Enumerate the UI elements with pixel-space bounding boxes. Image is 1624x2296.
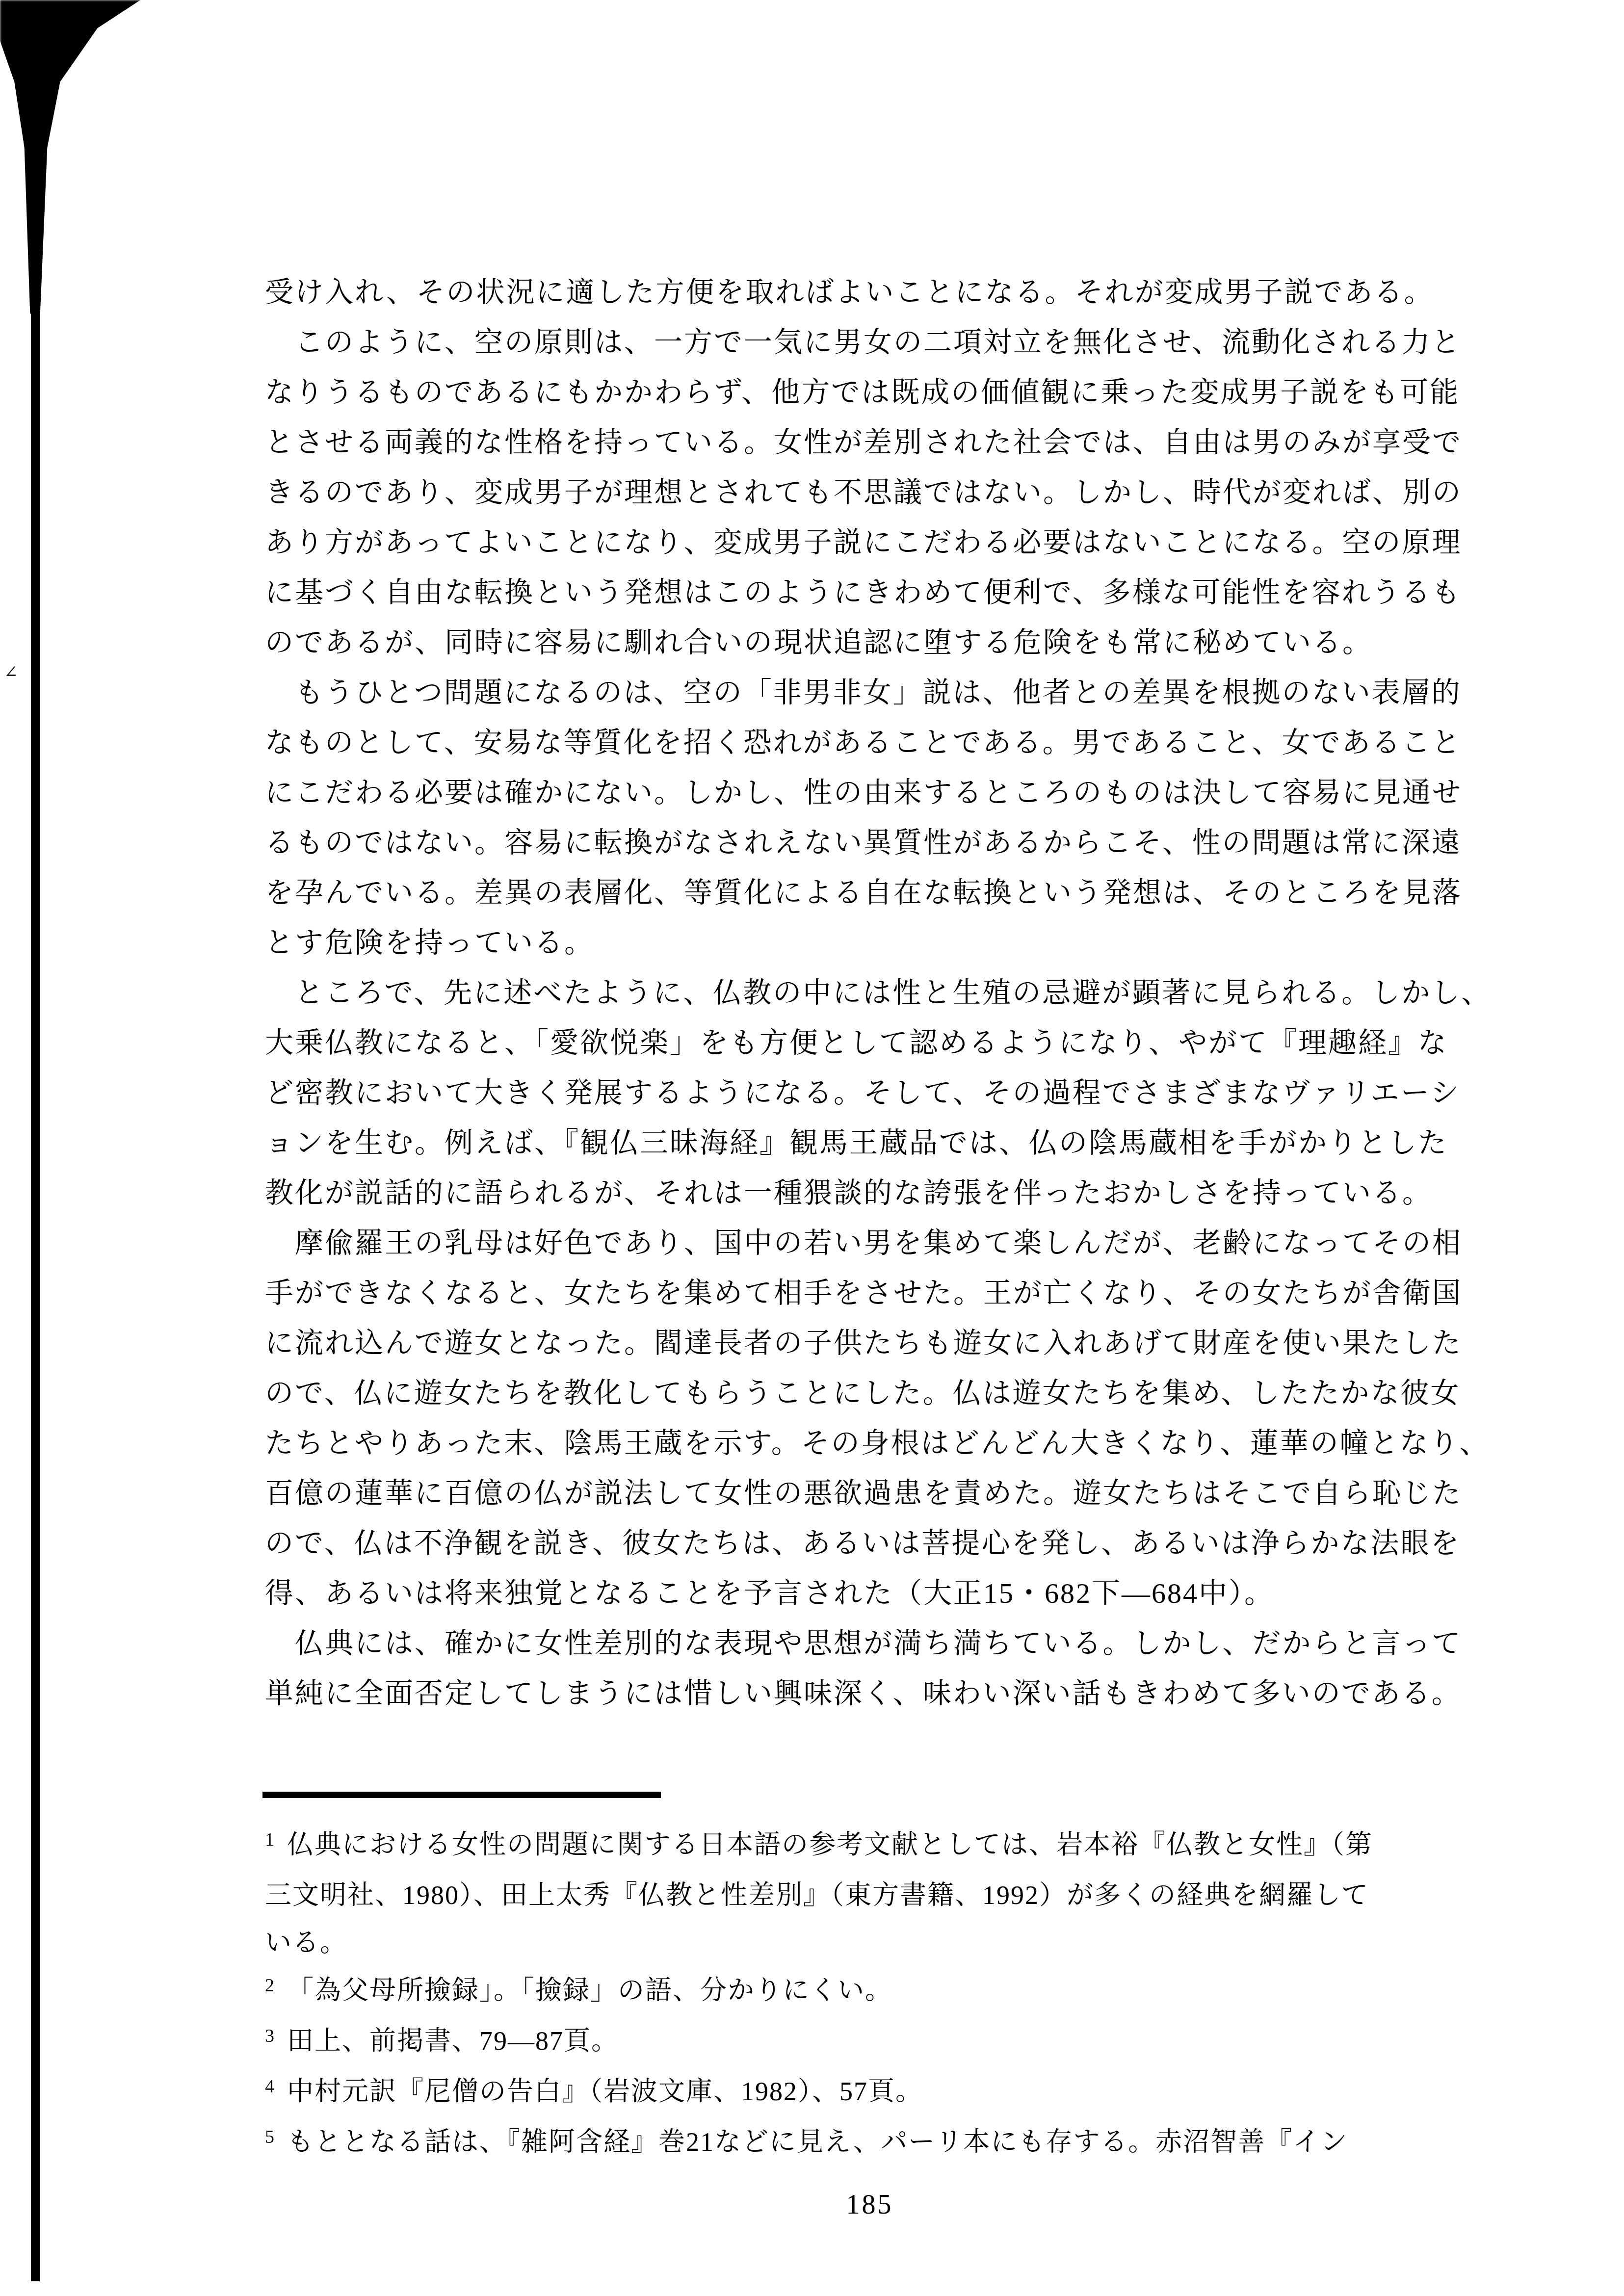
footnote-line: 1仏典における女性の問題に関する日本語の参考文献としては、岩本裕『仏教と女性』（…	[265, 1821, 1477, 1872]
body-line: るものではない。容易に転換がなされえない異質性があるからこそ、性の問題は常に深遠	[265, 818, 1474, 868]
body-line: ところで、先に述べたように、仏教の中には性と生殖の忌避が顕著に見られる。しかし、	[265, 968, 1474, 1018]
body-line: 単純に全面否定してしまうには惜しい興味深く、味わい深い話もきわめて多いのである。	[265, 1669, 1474, 1719]
body-line: あり方があってよいことになり、変成男子説にこだわる必要はないことになる。空の原理	[265, 518, 1474, 568]
footnote-marker: 5	[265, 2113, 275, 2161]
body-line: ョンを生む。例えば、『観仏三昧海経』観馬王蔵品では、仏の陰馬蔵相を手がかりとした	[265, 1118, 1474, 1168]
body-line: ので、仏は不浄観を説き、彼女たちは、あるいは菩提心を発し、あるいは浄らかな法眼を	[265, 1518, 1474, 1568]
scan-speck: ∠	[4, 662, 18, 682]
footnote-marker: 3	[265, 2012, 275, 2060]
body-line: 大乗仏教になると、「愛欲悦楽」をも方便として認めるようになり、やがて『理趣経』な	[265, 1018, 1474, 1068]
footnote-marker: 2	[265, 1962, 275, 2009]
body-line: 受け入れ、その状況に適した方便を取ればよいことになる。それが変成男子説である。	[265, 267, 1474, 317]
body-line: なりうるものであるにもかかわらず、他方では既成の価値観に乗った変成男子説をも可能	[265, 367, 1474, 417]
body-line: とさせる両義的な性格を持っている。女性が差別された社会では、自由は男のみが享受で	[265, 417, 1474, 468]
body-line: を孕んでいる。差異の表層化、等質化による自在な転換という発想は、そのところを見落	[265, 868, 1474, 918]
body-line: にこだわる必要は確かにない。しかし、性の由来するところのものは決して容易に見通せ	[265, 768, 1474, 818]
footnote-text: 三文明社、1980）、田上太秀『仏教と性差別』（東方書籍、1992）が多くの経典…	[265, 1880, 1369, 1910]
body-text: 受け入れ、その状況に適した方便を取ればよいことになる。それが変成男子説である。 …	[265, 267, 1474, 1719]
body-line: のであるが、同時に容易に馴れ合いの現状追認に堕する危険をも常に秘めている。	[265, 618, 1474, 668]
footnote-marker: 4	[265, 2063, 275, 2111]
footnote-text: 「為父母所撿録」。「撿録」の語、分かりにくい。	[287, 1976, 892, 2005]
footnote-line: 4中村元訳『尼僧の告白』（岩波文庫、1982）、57頁。	[265, 2068, 1477, 2118]
body-line: 摩偸羅王の乳母は好色であり、国中の若い男を集めて楽しんだが、老齢になってその相	[265, 1218, 1474, 1268]
footnote-line: いる。	[265, 1919, 1477, 1967]
body-line: きるのであり、変成男子が理想とされても不思議ではない。しかし、時代が変れば、別の	[265, 468, 1474, 518]
body-line: ので、仏に遊女たちを教化してもらうことにした。仏は遊女たちを集め、したたかな彼女	[265, 1368, 1474, 1418]
scan-shadow-wedge	[0, 0, 143, 314]
scanned-document-page: ∠ 受け入れ、その状況に適した方便を取ればよいことになる。それが変成男子説である…	[0, 0, 1624, 2296]
body-line: ど密教において大きく発展するようになる。そして、その過程でさまざまなヴァリエーシ	[265, 1068, 1474, 1118]
body-line: に基づく自由な転換という発想はこのようにきわめて便利で、多様な可能性を容れうるも	[265, 568, 1474, 618]
footnotes: 1仏典における女性の問題に関する日本語の参考文献としては、岩本裕『仏教と女性』（…	[265, 1821, 1477, 2169]
body-line: もうひとつ問題になるのは、空の「非男非女」説は、他者との差異を根拠のない表層的	[265, 668, 1474, 718]
footnote-line: 三文明社、1980）、田上太秀『仏教と性差別』（東方書籍、1992）が多くの経典…	[265, 1872, 1477, 1919]
body-line: に流れ込んで遊女となった。閻達長者の子供たちも遊女に入れあげて財産を使い果たした	[265, 1318, 1474, 1368]
footnote-line: 5もととなる話は、『雑阿含経』巻21などに見え、パーリ本にも存する。赤沼智善『イ…	[265, 2118, 1477, 2169]
footnote-line: 3田上、前掲書、79―87頁。	[265, 2017, 1477, 2068]
body-line: たちとやりあった末、陰馬王蔵を示す。その身根はどんどん大きくなり、蓮華の幢となり…	[265, 1418, 1474, 1468]
body-line: 手ができなくなると、女たちを集めて相手をさせた。王が亡くなり、その女たちが舎衛国	[265, 1268, 1474, 1318]
body-line: 仏典には、確かに女性差別的な表現や思想が満ち満ちている。しかし、だからと言って	[265, 1618, 1474, 1669]
body-line: なものとして、安易な等質化を招く恐れがあることである。男であること、女であること	[265, 718, 1474, 768]
footnote-line: 2「為父母所撿録」。「撿録」の語、分かりにくい。	[265, 1967, 1477, 2017]
footnote-text: 田上、前掲書、79―87頁。	[287, 2026, 619, 2056]
page-number: 185	[265, 2189, 1474, 2220]
footnote-separator-rule	[262, 1792, 661, 1798]
footnote-text: 中村元訳『尼僧の告白』（岩波文庫、1982）、57頁。	[287, 2077, 923, 2106]
body-line: 得、あるいは将来独覚となることを予言された（大正15・682下―684中）。	[265, 1568, 1474, 1618]
body-line: 百億の蓮華に百億の仏が説法して女性の悪欲過患を責めた。遊女たちはそこで自ら恥じた	[265, 1468, 1474, 1518]
footnote-text: 仏典における女性の問題に関する日本語の参考文献としては、岩本裕『仏教と女性』（第	[287, 1830, 1373, 1859]
footnote-text: いる。	[265, 1928, 347, 1957]
body-line: このように、空の原則は、一方で一気に男女の二項対立を無化させ、流動化される力と	[265, 317, 1474, 367]
footnote-marker: 1	[265, 1816, 275, 1864]
footnote-text: もととなる話は、『雑阿含経』巻21などに見え、パーリ本にも存する。赤沼智善『イン	[287, 2127, 1348, 2157]
body-line: とす危険を持っている。	[265, 918, 1474, 968]
body-line: 教化が説話的に語られるが、それは一種猥談的な誇張を伴ったおかしさを持っている。	[265, 1168, 1474, 1218]
scan-edge-line	[31, 299, 40, 2281]
